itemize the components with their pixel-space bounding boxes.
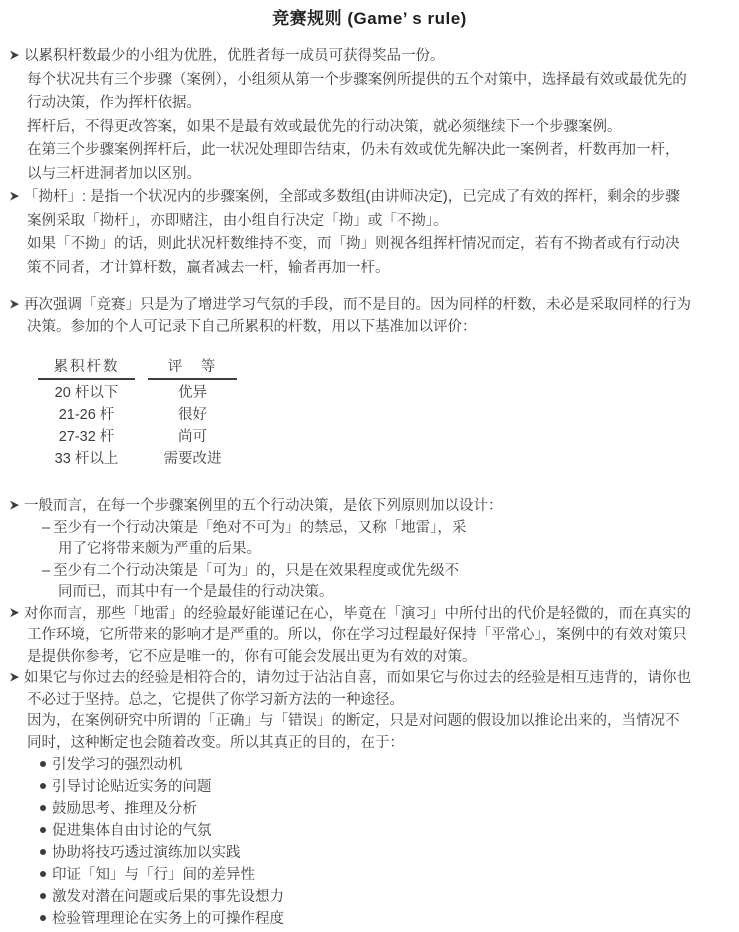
dash-item-line: –至少有二个行动决策是「可为」的，只是在效果程度或优先级不: [0, 561, 739, 583]
paragraph-line: 同时，这种断定也会随着改变。所以其真正的目的，在于：: [0, 733, 739, 755]
paragraph-line: 决策。参加的个人可记录下自己所累积的杆数，用以下基准加以评价：: [0, 317, 739, 339]
list-item: 协助将技巧透过演练加以实践: [0, 842, 739, 864]
paragraph-line: 不必过于坚持。总之，它提供了你学习新方法的一种途径。: [0, 690, 739, 712]
line-text: 印证「知」与「行」间的差异性: [52, 867, 255, 883]
table-row: 33 杆以上 需要改进: [38, 448, 739, 470]
table-header-strokes: 累积杆数: [38, 357, 135, 380]
page-title: 竞赛规则 (Game’ s rule): [0, 8, 739, 30]
table-cell-rating: 尚可: [148, 426, 237, 448]
dot-bullet-icon: [40, 849, 46, 855]
line-text: 以累积杆数最少的小组为优胜，优胜者每一成员可获得奖品一份。: [24, 48, 445, 64]
table-cell-rating: 需要改进: [148, 448, 237, 470]
arrow-bullet-icon: [10, 501, 19, 510]
line-text: 协助将技巧透过演练加以实践: [52, 845, 241, 861]
paragraph-line: 如果它与你过去的经验是相符合的，请勿过于沾沾自喜，而如果它与你过去的经验是相互违…: [0, 668, 739, 690]
line-text: 促进集体自由讨论的气氛: [52, 823, 212, 839]
paragraph-line: 每个状况共有三个步骤（案例），小组须从第一个步骤案例所提供的五个对策中，选择最有…: [0, 69, 739, 93]
purpose-bullet-list: 引发学习的强烈动机 引导讨论贴近实务的问题 鼓励思考、推理及分析 促进集体自由讨…: [0, 754, 739, 930]
list-item: 检验管理理论在实务上的可操作程度: [0, 908, 739, 930]
list-item: 引导讨论贴近实务的问题: [0, 776, 739, 798]
dot-bullet-icon: [40, 761, 46, 767]
line-text: 如果它与你过去的经验是相符合的，请勿过于沾沾自喜，而如果它与你过去的经验是相互违…: [24, 670, 691, 686]
arrow-bullet-icon: [10, 673, 19, 682]
table-row: 21-26 杆 很好: [38, 404, 739, 426]
paragraph-line: 用了它将带来颇为严重的后果。: [0, 539, 739, 561]
arrow-bullet-icon: [10, 51, 19, 60]
list-item: 引发学习的强烈动机: [0, 754, 739, 776]
arrow-bullet-icon: [10, 608, 19, 617]
paragraph-design-principles: 一般而言，在每一个步骤案例里的五个行动决策，是依下列原则加以设计： –至少有一个…: [0, 496, 739, 604]
arrow-bullet-icon: [10, 192, 19, 201]
list-item: 激发对潜在问题或后果的事先设想力: [0, 886, 739, 908]
table-header-row: 累积杆数 评 等: [38, 357, 739, 380]
line-text: 引发学习的强烈动机: [52, 757, 183, 773]
dot-bullet-icon: [40, 915, 46, 921]
dash-icon: –: [42, 561, 50, 583]
table-body: 20 杆以下 优异 21-26 杆 很好 27-32 杆 尚可 33 杆以上 需…: [38, 380, 739, 470]
paragraph-line: 一般而言，在每一个步骤案例里的五个行动决策，是依下列原则加以设计：: [0, 496, 739, 518]
dot-bullet-icon: [40, 805, 46, 811]
paragraph-line: 以累积杆数最少的小组为优胜，优胜者每一成员可获得奖品一份。: [0, 45, 739, 69]
table-cell-rating: 优异: [148, 382, 237, 404]
line-text: 对你而言，那些「地雷」的经验最好能谨记在心，毕竟在「演习」中所付出的代价是轻微的…: [24, 606, 691, 622]
list-item: 鼓励思考、推理及分析: [0, 798, 739, 820]
line-text: 引导讨论贴近实务的问题: [52, 779, 212, 795]
dash-item-line: –至少有一个行动决策是「绝对不可为」的禁忌，又称「地雷」，采: [0, 518, 739, 540]
table-cell-rating: 很好: [148, 404, 237, 426]
paragraph-experience-advice: 如果它与你过去的经验是相符合的，请勿过于沾沾自喜，而如果它与你过去的经验是相互违…: [0, 668, 739, 754]
table-cell-strokes: 20 杆以下: [38, 382, 135, 404]
paragraph-line: 挥杆后，不得更改答案，如果不是最有效或最优先的行动决策，就必须继续下一个步骤案例…: [0, 116, 739, 140]
paragraph-line: 因为，在案例研究中所谓的「正确」与「错误」的断定，只是对问题的假设加以推论出来的…: [0, 711, 739, 733]
table-cell-strokes: 21-26 杆: [38, 404, 135, 426]
dot-bullet-icon: [40, 893, 46, 899]
paragraph-line: 如果「不拗」的话，则此状况杆数维持不变，而「拗」则视各组挥杆情况而定，若有不拗者…: [0, 233, 739, 257]
arrow-bullet-icon: [10, 300, 19, 309]
table-cell-strokes: 33 杆以上: [38, 448, 135, 470]
list-item: 促进集体自由讨论的气氛: [0, 820, 739, 842]
dash-icon: –: [42, 518, 50, 540]
paragraph-line: 行动决策，作为挥杆依据。: [0, 92, 739, 116]
line-text: 至少有二个行动决策是「可为」的，只是在效果程度或优先级不: [53, 563, 459, 579]
line-text: 一般而言，在每一个步骤案例里的五个行动决策，是依下列原则加以设计：: [24, 498, 503, 514]
line-text: 「拗杆」: 是指一个状况内的步骤案例，全部或多数组(由讲师决定)，已完成了有效的…: [24, 189, 680, 205]
list-item: 印证「知」与「行」间的差异性: [0, 864, 739, 886]
paragraph-line: 同而已，而其中有一个是最佳的行动决策。: [0, 582, 739, 604]
table-header-rating: 评 等: [148, 357, 237, 380]
table-cell-strokes: 27-32 杆: [38, 426, 135, 448]
paragraph-line: 策不同者，才计算杆数，赢者减去一杆，输者再加一杆。: [0, 257, 739, 281]
paragraph-line: 在第三个步骤案例挥杆后，此一状况处理即告结束，仍未有效或优先解决此一案例者，杆数…: [0, 139, 739, 163]
paragraph-line: 「拗杆」: 是指一个状况内的步骤案例，全部或多数组(由讲师决定)，已完成了有效的…: [0, 186, 739, 210]
paragraph-niugan-rule: 「拗杆」: 是指一个状况内的步骤案例，全部或多数组(由讲师决定)，已完成了有效的…: [0, 186, 739, 280]
paragraph-line: 再次强调「竞赛」只是为了增进学习气氛的手段，而不是目的。因为同样的杆数，未必是采…: [0, 295, 739, 317]
dot-bullet-icon: [40, 827, 46, 833]
rating-table: 累积杆数 评 等 20 杆以下 优异 21-26 杆 很好 27-32 杆 尚可…: [38, 357, 739, 470]
paragraph-emphasis: 再次强调「竞赛」只是为了增进学习气氛的手段，而不是目的。因为同样的杆数，未必是采…: [0, 295, 739, 338]
line-text: 再次强调「竞赛」只是为了增进学习气氛的手段，而不是目的。因为同样的杆数，未必是采…: [24, 297, 691, 313]
dot-bullet-icon: [40, 871, 46, 877]
table-row: 27-32 杆 尚可: [38, 426, 739, 448]
paragraph-line: 以与三杆进洞者加以区别。: [0, 163, 739, 187]
paragraph-line: 工作环境，它所带来的影响才是严重的。所以，你在学习过程最好保持「平常心」，案例中…: [0, 625, 739, 647]
paragraph-line: 对你而言，那些「地雷」的经验最好能谨记在心，毕竟在「演习」中所付出的代价是轻微的…: [0, 604, 739, 626]
paragraph-line: 案例采取「拗杆」，亦即赌注，由小组自行决定「拗」或「不拗」。: [0, 210, 739, 234]
paragraph-line: 是提供你参考，它不应是唯一的，你有可能会发展出更为有效的对策。: [0, 647, 739, 669]
line-text: 鼓励思考、推理及分析: [52, 801, 197, 817]
line-text: 至少有一个行动决策是「绝对不可为」的禁忌，又称「地雷」，采: [53, 520, 466, 536]
document-page: 竞赛规则 (Game’ s rule) 以累积杆数最少的小组为优胜，优胜者每一成…: [0, 0, 739, 930]
line-text: 检验管理理论在实务上的可操作程度: [52, 911, 284, 927]
paragraph-landmine-advice: 对你而言，那些「地雷」的经验最好能谨记在心，毕竟在「演习」中所付出的代价是轻微的…: [0, 604, 739, 669]
paragraph-winning-rule: 以累积杆数最少的小组为优胜，优胜者每一成员可获得奖品一份。 每个状况共有三个步骤…: [0, 45, 739, 186]
line-text: 激发对潜在问题或后果的事先设想力: [52, 889, 284, 905]
dot-bullet-icon: [40, 783, 46, 789]
table-row: 20 杆以下 优异: [38, 382, 739, 404]
